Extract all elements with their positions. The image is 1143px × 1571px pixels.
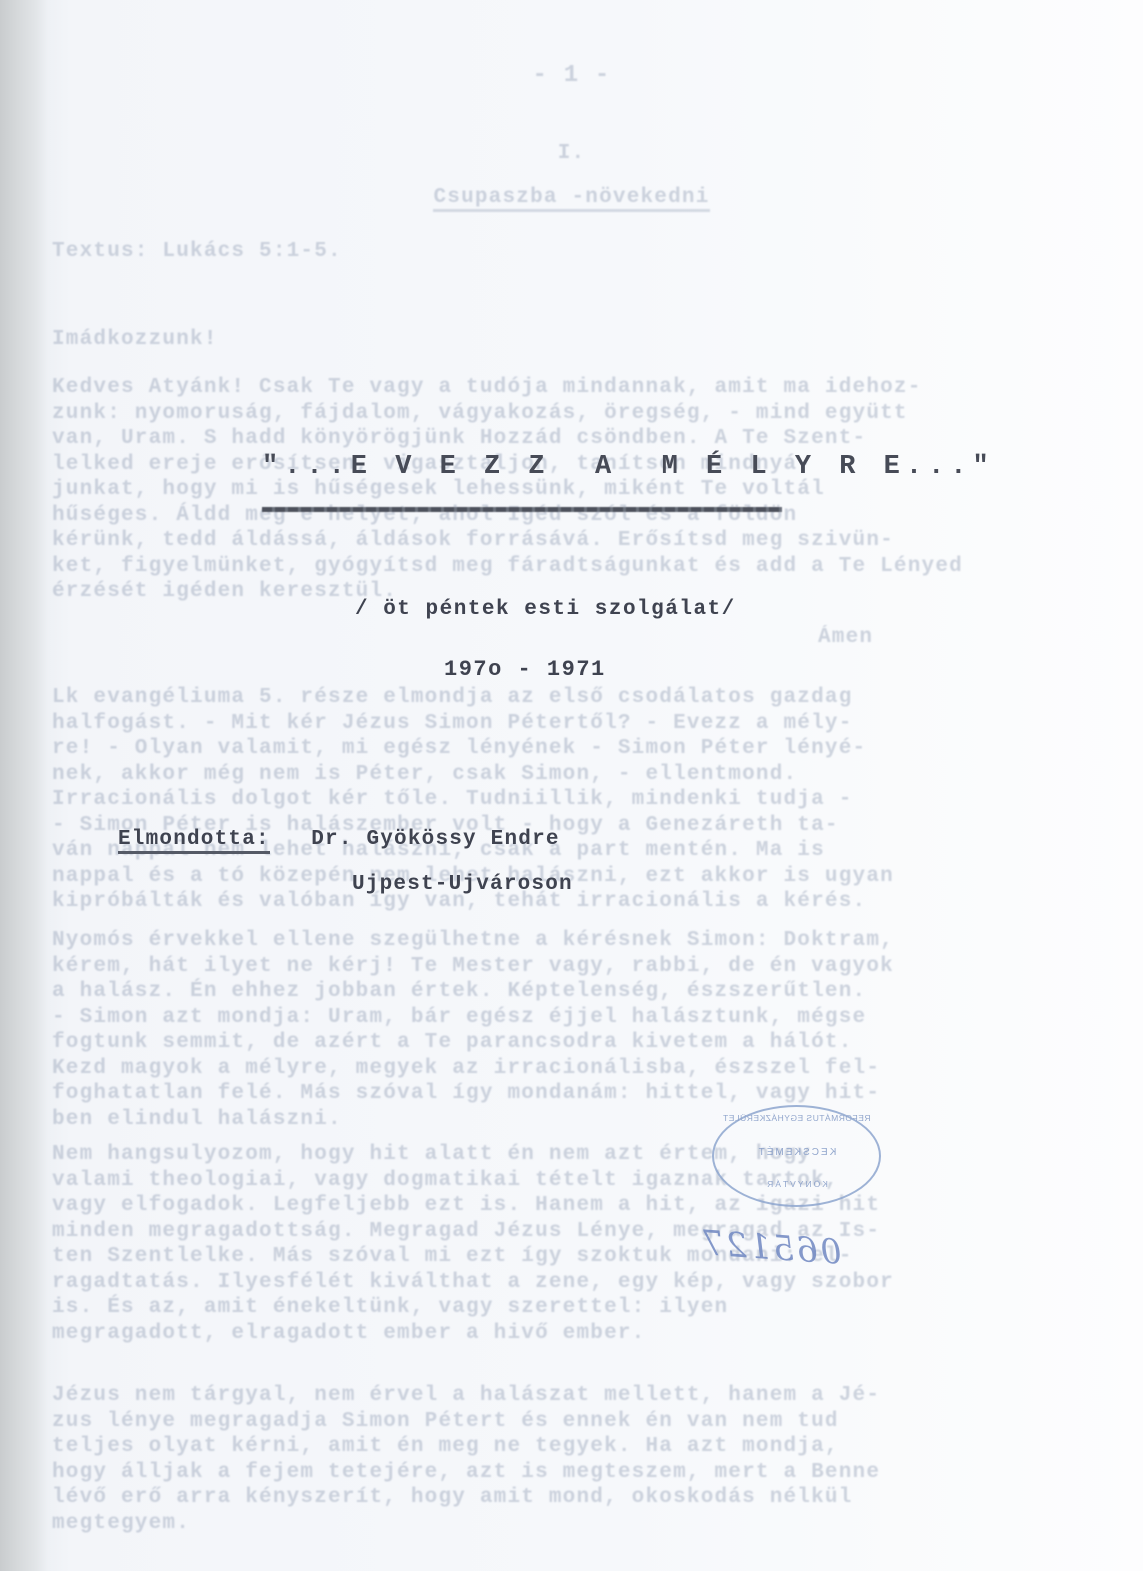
document-years: 197o - 1971 (444, 657, 606, 682)
bleed-amen: Ámen (818, 626, 873, 649)
author-label: Elmondotta: (118, 828, 270, 854)
bleed-section-title-text: Csupaszba -növekedni (433, 186, 709, 212)
bleed-prayer-heading: Imádkozzunk! (52, 328, 218, 351)
bleed-page-number: - 1 - (0, 62, 1143, 89)
document-subtitle: / öt péntek esti szolgálat/ (355, 598, 736, 621)
bleed-section-number: I. (0, 142, 1143, 165)
bleed-paragraph-1: Kedves Atyánk! Csak Te vagy a tudója min… (52, 375, 982, 605)
author-line: Elmondotta: Dr. Gyökössy Endre (118, 828, 560, 851)
bleed-section-title: Csupaszba -növekedni (0, 186, 1143, 212)
stamp-bottom-text: KÖNYVTÁR (714, 1179, 879, 1189)
stamp-ring-text: REFORMÁTUS EGYHÁZKERÜLET (714, 1113, 879, 1123)
stamp-city: KECSKEMÉT (714, 1147, 879, 1158)
bleed-textus: Textus: Lukács 5:1-5. (52, 240, 342, 263)
author-name: Dr. Gyökössy Endre (311, 828, 559, 851)
author-place: Ujpest-Ujvároson (352, 873, 573, 896)
document-title: "...E V E Z Z A M É L Y R E..." (262, 452, 995, 482)
library-stamp: REFORMÁTUS EGYHÁZKERÜLET KECSKEMÉT KÖNYV… (712, 1105, 881, 1207)
title-double-underline (262, 507, 782, 512)
bleed-paragraph-3: Nyomós érvekkel ellene szegülhetne a kér… (52, 928, 982, 1132)
bleed-paragraph-5: Jézus nem tárgyal, nem érvel a halászat … (52, 1383, 982, 1536)
scanned-document-page: - 1 - I. Csupaszba -növekedni Textus: Lu… (0, 0, 1143, 1571)
